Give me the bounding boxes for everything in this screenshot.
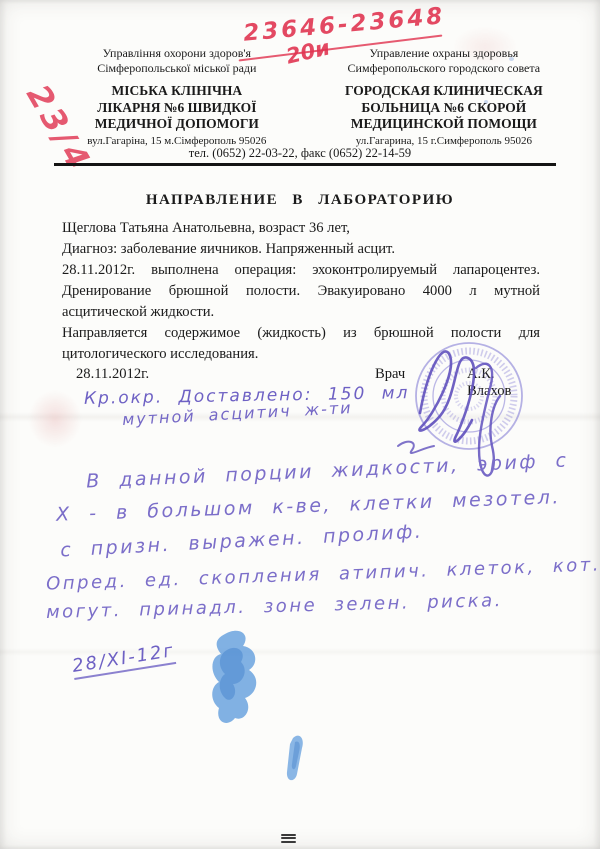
document-title: НАПРАВЛЕНИЕ В ЛАБОРАТОРИЮ — [0, 192, 600, 209]
letterhead: Управління охорони здоров'я Сімферопольс… — [38, 46, 572, 147]
hospital-address: вул.Гагаріна, 15 м.Сімферополь 95026 — [38, 135, 316, 147]
hospital-name-line: ГОРОДСКАЯ КЛИНИЧЕСКАЯ — [316, 83, 572, 100]
patient-line: Щеглова Татьяна Анатольевна, возраст 36 … — [62, 218, 540, 239]
hospital-name-line: МЕДИЦИНСКОЙ ПОМОЩИ — [316, 116, 572, 133]
handwritten-result-line: могут. принадл. зоне зелен. риска. — [46, 590, 503, 623]
hospital-name-line: ЛІКАРНЯ №6 ШВИДКОЇ — [38, 100, 316, 117]
hospital-name-line: МІСЬКА КЛІНІЧНА — [38, 83, 316, 100]
hospital-name-line: МЕДИЧНОЇ ДОПОМОГИ — [38, 116, 316, 133]
authority-line: Симферопольского городского совета — [316, 61, 572, 76]
hospital-address: ул.Гагарина, 15 г.Симферополь 95026 — [316, 135, 572, 147]
blue-ink-stain — [203, 626, 323, 791]
diagnosis-line: Диагноз: заболевание яичников. Напряженн… — [62, 239, 540, 260]
ink-smudge — [28, 390, 82, 448]
document-date: 28.11.2012г. — [76, 366, 149, 383]
operation-paragraph: 28.11.2012г. выполнена операция: эхоконт… — [62, 260, 540, 323]
letterhead-russian: Управление охраны здоровья Симферопольск… — [316, 46, 572, 147]
letterhead-ukrainian: Управління охорони здоров'я Сімферопольс… — [38, 46, 316, 147]
authority-line: Управління охорони здоров'я — [38, 46, 316, 61]
registration-number-handwritten: 23646-23648 — [242, 3, 446, 47]
handwritten-result-line: Опред. ед. скопления атипич. клеток, кот… — [46, 554, 600, 594]
authority-line: Управление охраны здоровья — [316, 46, 572, 61]
handwritten-date: 28/XI-12г — [71, 640, 177, 680]
hospital-name-line: БОЛЬНИЦА №6 СКОРОЙ — [316, 100, 572, 117]
handwritten-result-line: В данной порции жидкости, эриф с — [86, 449, 569, 492]
scanned-referral-document: 23646-23648 20и 23/4 Управління охорони … — [0, 0, 600, 849]
authority-line: Сімферопольської міської ради — [38, 61, 316, 76]
phone-fax-line: тел. (0652) 22-03-22, факс (0652) 22-14-… — [0, 146, 600, 161]
scan-artifact — [281, 834, 296, 844]
handwritten-result-line: Х - в большом к-ве, клетки мезотел. — [56, 486, 561, 526]
handwritten-result-line: с призн. выражен. пролиф. — [60, 521, 424, 562]
letterhead-rule — [54, 163, 556, 166]
